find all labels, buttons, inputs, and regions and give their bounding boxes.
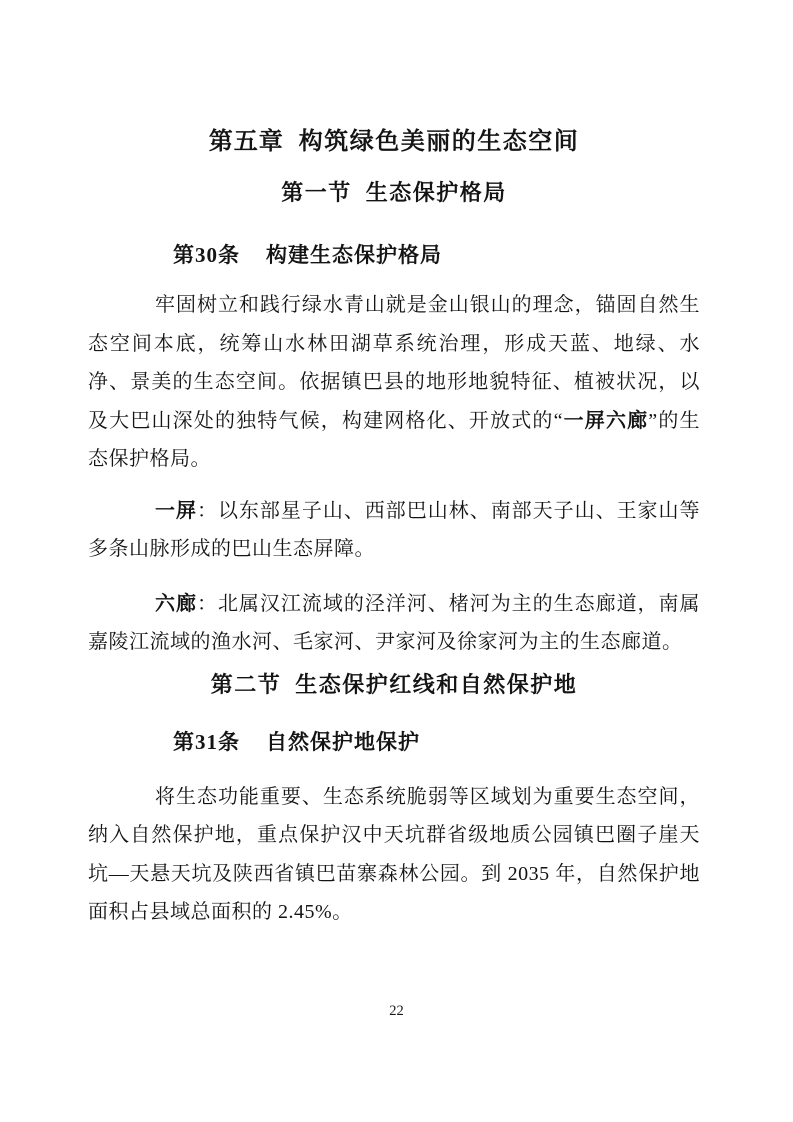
- section-2-title: 生态保护红线和自然保护地: [295, 672, 577, 697]
- section-2-heading: 第二节生态保护红线和自然保护地: [88, 670, 700, 699]
- page-number: 22: [0, 1002, 793, 1020]
- chapter-title: 构筑绿色美丽的生态空间: [299, 128, 580, 155]
- body-paragraph-liulang: 六廊：北属汉江流域的泾洋河、楮河为主的生态廊道，南属嘉陵江流域的渔水河、毛家河、…: [88, 585, 700, 662]
- document-page: 第五章构筑绿色美丽的生态空间 第一节生态保护格局 第30条构建生态保护格局 牢固…: [0, 0, 793, 1122]
- section-1-number: 第一节: [281, 180, 352, 205]
- article-30-number: 第30条: [173, 243, 240, 267]
- chapter-heading: 第五章构筑绿色美丽的生态空间: [88, 126, 700, 158]
- article-31-number: 第31条: [173, 730, 240, 754]
- article-31-title: 自然保护地保护: [266, 730, 420, 754]
- article-30-title: 构建生态保护格局: [266, 243, 442, 267]
- yiping-lead: 一屏: [155, 500, 197, 522]
- chapter-number: 第五章: [209, 129, 284, 155]
- section-1-heading: 第一节生态保护格局: [88, 178, 700, 207]
- section-1-title: 生态保护格局: [366, 180, 507, 205]
- paragraph-2-text: 将生态功能重要、生态系统脆弱等区域划为重要生态空间，纳入自然保护地，重点保护汉中…: [88, 786, 700, 924]
- paragraph-1-bold-term: 一屏六廊: [563, 410, 648, 432]
- body-paragraph-2: 将生态功能重要、生态系统脆弱等区域划为重要生态空间，纳入自然保护地，重点保护汉中…: [88, 778, 700, 932]
- page-content: 第五章构筑绿色美丽的生态空间 第一节生态保护格局 第30条构建生态保护格局 牢固…: [0, 0, 793, 932]
- article-31-heading: 第31条自然保护地保护: [88, 728, 700, 756]
- liulang-lead: 六廊: [155, 593, 197, 615]
- article-30-heading: 第30条构建生态保护格局: [88, 241, 700, 269]
- body-paragraph-1: 牢固树立和践行绿水青山就是金山银山的理念，锚固自然生态空间本底，统筹山水林田湖草…: [88, 286, 700, 479]
- section-2-number: 第二节: [211, 672, 282, 697]
- body-paragraph-yiping: 一屏：以东部星子山、西部巴山林、南部天子山、王家山等多条山脉形成的巴山生态屏障。: [88, 492, 700, 569]
